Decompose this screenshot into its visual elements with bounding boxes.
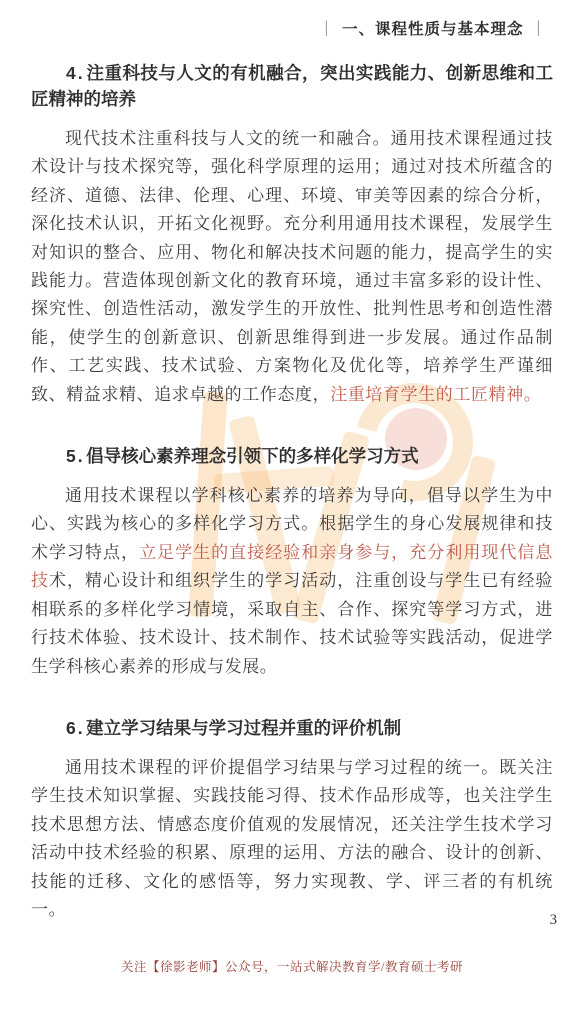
- running-header: ｜一、课程性质与基本理念｜: [311, 17, 554, 39]
- document-page: { "header": { "left_bar": "｜", "title": …: [0, 0, 584, 1009]
- paragraph-section-4: 现代技术注重科技与人文的统一和融合。通用技术课程通过技术设计与技术探究等，强化科…: [31, 125, 553, 409]
- document-body: 4. 注重科技与人文的有机融合，突出实践能力、创新思维和工匠精神的培养 现代技术…: [0, 0, 584, 924]
- footer-note: 关注【徐影老师】公众号，一站式解决教育学/教育硕士考研: [0, 957, 584, 975]
- text-run: 通用技术课程的评价提倡学习结果与学习过程的统一。既关注学生技术知识掌握、实践技能…: [31, 758, 553, 919]
- paragraph-section-5: 通用技术课程以学科核心素养的培养为导向，倡导以学生为中心、实践为核心的多样化学习…: [31, 482, 553, 681]
- section-number: 5.: [66, 446, 85, 466]
- section-heading-5: 5. 倡导核心素养理念引领下的多样化学习方式: [31, 443, 553, 469]
- section-heading-text: 建立学习结果与学习过程并重的评价机制: [86, 718, 401, 738]
- header-divider: ｜: [311, 21, 342, 38]
- section-heading-text: 注重科技与人文的有机融合，突出实践能力、创新思维和工匠精神的培养: [31, 63, 553, 109]
- section-heading-4: 4. 注重科技与人文的有机融合，突出实践能力、创新思维和工匠精神的培养: [31, 60, 553, 112]
- section-number: 4.: [66, 63, 85, 83]
- section-heading-6: 6. 建立学习结果与学习过程并重的评价机制: [31, 715, 553, 741]
- text-run: 现代技术注重科技与人文的统一和融合。通用技术课程通过技术设计与技术探究等，强化科…: [31, 129, 553, 404]
- highlighted-text: 注重培育学生的工匠精神。: [330, 385, 541, 404]
- header-divider: ｜: [523, 21, 554, 38]
- text-run: 术，精心设计和组织学生的学习活动，注重创设与学生已有经验相联系的多样化学习情境，…: [31, 571, 553, 675]
- section-heading-text: 倡导核心素养理念引领下的多样化学习方式: [86, 446, 419, 466]
- chapter-title: 一、课程性质与基本理念: [342, 21, 524, 38]
- paragraph-section-6: 通用技术课程的评价提倡学习结果与学习过程的统一。既关注学生技术知识掌握、实践技能…: [31, 754, 553, 924]
- page-number: 3: [550, 912, 557, 929]
- section-number: 6.: [66, 718, 85, 738]
